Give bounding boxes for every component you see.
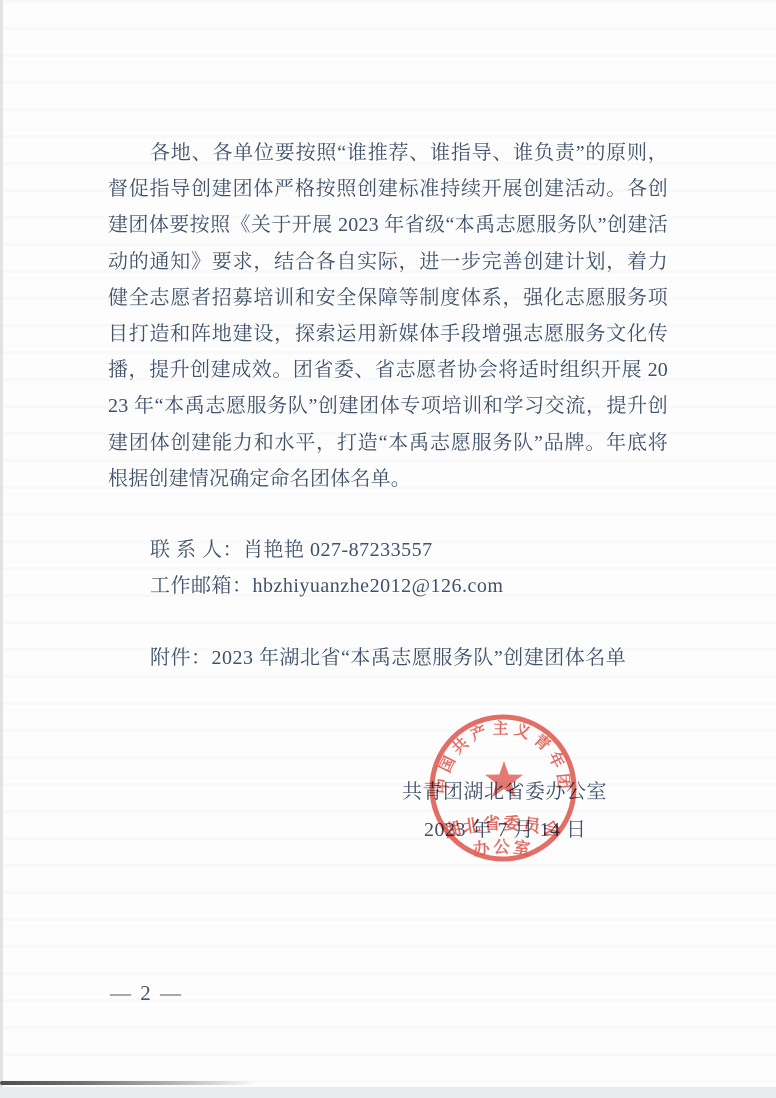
contact-email-line: 工作邮箱：hbzhiyuanzhe2012@126.com [108, 568, 668, 604]
page-number: — 2 — [110, 981, 183, 1006]
signature-date: 2023 年 7 月 14 日 [424, 817, 587, 843]
page-left-edge-shadow [0, 0, 3, 1098]
scan-background-strip [0, 1087, 776, 1098]
contact-person-line: 联 系 人：肖艳艳 027-87233557 [108, 532, 668, 568]
scanned-document-page: 各地、各单位要按照“谁推荐、谁指导、谁负责”的原则，督促指导创建团体严格按照创建… [0, 0, 776, 1098]
contact-block: 联 系 人：肖艳艳 027-87233557 工作邮箱：hbzhiyuanzhe… [108, 532, 668, 604]
page-bottom-edge-shadow [0, 1081, 256, 1085]
attachment-line: 附件：2023 年湖北省“本禹志愿服务队”创建团体名单 [108, 643, 728, 673]
body-paragraph: 各地、各单位要按照“谁推荐、谁指导、谁负责”的原则，督促指导创建团体严格按照创建… [108, 135, 668, 497]
signature-organization: 共青团湖北省委办公室 [402, 779, 607, 805]
